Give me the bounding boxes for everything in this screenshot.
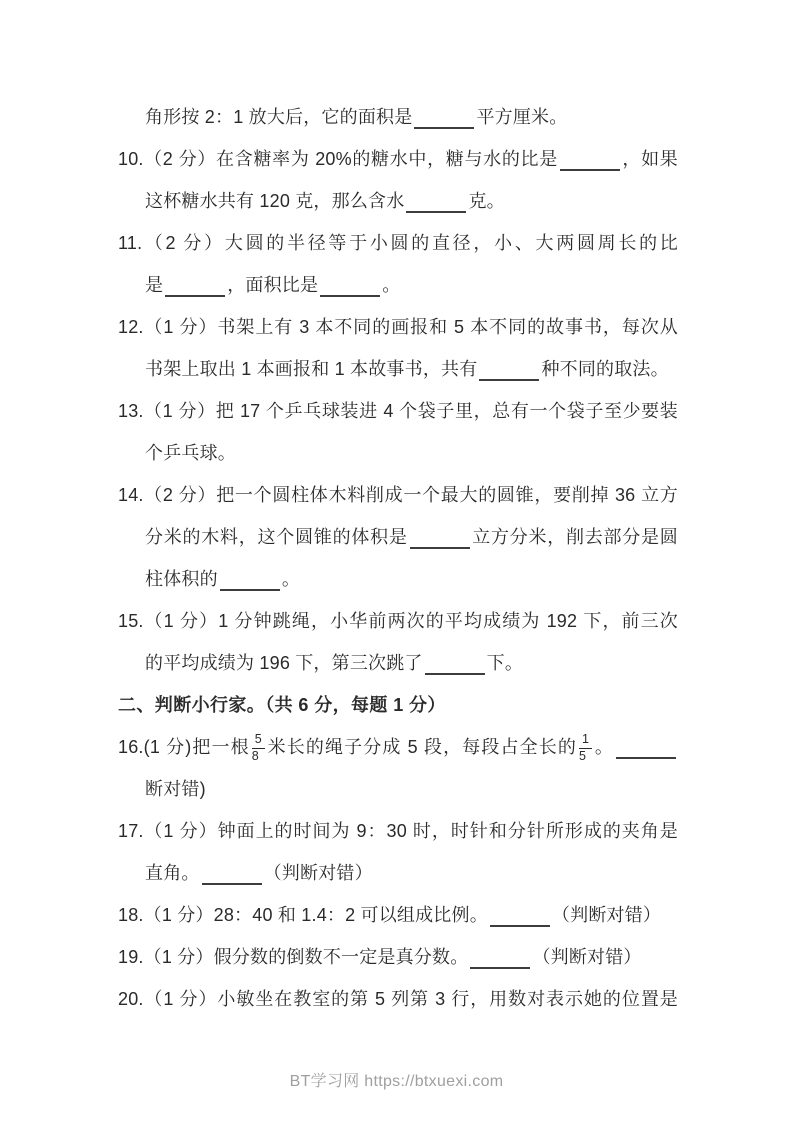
question-text: 11.（2 分）大圆的半径等于小圆的直径，小、大两圆周长的比 [118,233,678,253]
section-2-heading: 二、判断小行家。（共 6 分，每题 1 分） [118,684,678,726]
question-16-line-1: 16.(1 分)把一根58米长的绳子分成 5 段，每段占全长的15。（判 [118,726,678,768]
question-12-line-1: 12.（1 分）书架上有 3 本不同的画报和 5 本不同的故事书，每次从 [118,306,678,348]
question-text: 立方分米，削去部分是圆 [472,527,678,547]
question-text: 18.（1 分）28：40 和 1.4：2 可以组成比例。 [118,905,488,925]
question-15-line-1: 15.（1 分）1 分钟跳绳，小华前两次的平均成绩为 192 下，前三次 [118,600,678,642]
question-text: 12.（1 分）书架上有 3 本不同的画报和 5 本不同的故事书，每次从 [118,317,678,337]
question-10-line-2: 这杯糖水共有 120 克，那么含水克。 [118,180,678,222]
question-text: 20.（1 分）小敏坐在教室的第 5 列第 3 行，用数对表示她的位置是 [118,989,678,1009]
section-heading-text: 二、判断小行家。（共 6 分，每题 1 分） [118,695,446,715]
question-text: 书架上取出 1 本画报和 1 本故事书，共有 [145,359,477,379]
question-text: 13.（1 分）把 17 个乒乓球装进 4 个袋子里，总有一个袋子至少要装 [118,401,678,421]
question-text: 。 [382,275,400,295]
question-text: 个乒乓球。 [145,443,236,463]
answer-blank[interactable] [616,733,676,759]
question-text: （判断对错） [532,947,641,967]
question-text: ，面积比是 [227,275,318,295]
question-text: 下。 [487,653,523,673]
fraction: 58 [252,733,265,764]
answer-blank[interactable] [410,523,470,549]
question-text: 米长的绳子分成 5 段，每段占全长的 [267,737,577,757]
question-13-line-1: 13.（1 分）把 17 个乒乓球装进 4 个袋子里，总有一个袋子至少要装 [118,390,678,432]
answer-blank[interactable] [414,103,474,129]
answer-blank[interactable] [490,901,550,927]
question-text: 克。 [468,191,504,211]
fraction-numerator: 1 [579,733,592,749]
question-14-line-1: 14.（2 分）把一个圆柱体木料削成一个最大的圆锥，要削掉 36 立方 [118,474,678,516]
question-16-line-2: 断对错) [118,768,678,810]
question-text: 19.（1 分）假分数的倒数不一定是真分数。 [118,947,468,967]
question-text: 断对错) [145,779,206,799]
question-11-line-2: 是，面积比是。 [118,264,678,306]
answer-blank[interactable] [425,649,485,675]
answer-blank[interactable] [220,565,280,591]
question-text: 10.（2 分）在含糖率为 20%的糖水中，糖与水的比是 [118,149,558,169]
question-text: （判断对错） [264,863,373,883]
question-text: 角形按 2：1 放大后，它的面积是 [145,107,412,127]
answer-blank[interactable] [406,187,466,213]
fraction-numerator: 5 [252,733,265,749]
footer-watermark: BT学习网 https://btxuexi.com [290,1073,504,1090]
question-12-line-2: 书架上取出 1 本画报和 1 本故事书，共有种不同的取法。 [118,348,678,390]
question-text: 这杯糖水共有 120 克，那么含水 [145,191,404,211]
question-text: 14.（2 分）把一个圆柱体木料削成一个最大的圆锥，要削掉 36 立方 [118,485,678,505]
answer-blank[interactable] [560,145,620,171]
question-19-line-1: 19.（1 分）假分数的倒数不一定是真分数。（判断对错） [118,936,678,978]
question-10-line-1: 10.（2 分）在含糖率为 20%的糖水中，糖与水的比是，如果 [118,138,678,180]
question-14-line-3: 柱体积的。 [118,558,678,600]
question-text: 16.(1 分)把一根 [118,737,250,757]
question-text: 种不同的取法。 [541,359,668,379]
question-text: 是 [145,275,163,295]
question-9-continuation: 角形按 2：1 放大后，它的面积是平方厘米。 [118,96,678,138]
question-text: 的平均成绩为 196 下，第三次跳了 [145,653,423,673]
question-text: 直角。 [145,863,200,883]
answer-blank[interactable] [470,943,530,969]
exam-page: 角形按 2：1 放大后，它的面积是平方厘米。10.（2 分）在含糖率为 20%的… [0,0,793,1122]
question-11-line-1: 11.（2 分）大圆的半径等于小圆的直径，小、大两圆周长的比 [118,222,678,264]
question-15-line-2: 的平均成绩为 196 下，第三次跳了下。 [118,642,678,684]
question-text: 柱体积的 [145,569,218,589]
question-20-line-1: 20.（1 分）小敏坐在教室的第 5 列第 3 行，用数对表示她的位置是 [118,978,678,1020]
document-body: 角形按 2：1 放大后，它的面积是平方厘米。10.（2 分）在含糖率为 20%的… [118,96,678,1020]
question-text: 17.（1 分）钟面上的时间为 9：30 时，时针和分针所形成的夹角是 [118,821,678,841]
question-18-line-1: 18.（1 分）28：40 和 1.4：2 可以组成比例。（判断对错） [118,894,678,936]
question-14-line-2: 分米的木料，这个圆锥的体积是立方分米，削去部分是圆 [118,516,678,558]
answer-blank[interactable] [479,355,539,381]
fraction-denominator: 5 [579,749,592,764]
question-text: 平方厘米。 [476,107,567,127]
question-13-line-2: 个乒乓球。 [118,432,678,474]
question-text: 15.（1 分）1 分钟跳绳，小华前两次的平均成绩为 192 下，前三次 [118,611,678,631]
question-text: 分米的木料，这个圆锥的体积是 [145,527,408,547]
question-text: ，如果 [622,149,678,169]
fraction-denominator: 8 [252,749,265,764]
answer-blank[interactable] [202,859,262,885]
answer-blank[interactable] [165,271,225,297]
page-footer: BT学习网 https://btxuexi.com [0,1068,793,1091]
question-text: （判断对错） [552,905,661,925]
question-text: 。 [594,737,614,757]
question-text: 。 [282,569,300,589]
question-17-line-1: 17.（1 分）钟面上的时间为 9：30 时，时针和分针所形成的夹角是 [118,810,678,852]
question-17-line-2: 直角。（判断对错） [118,852,678,894]
answer-blank[interactable] [320,271,380,297]
fraction: 15 [579,733,592,764]
